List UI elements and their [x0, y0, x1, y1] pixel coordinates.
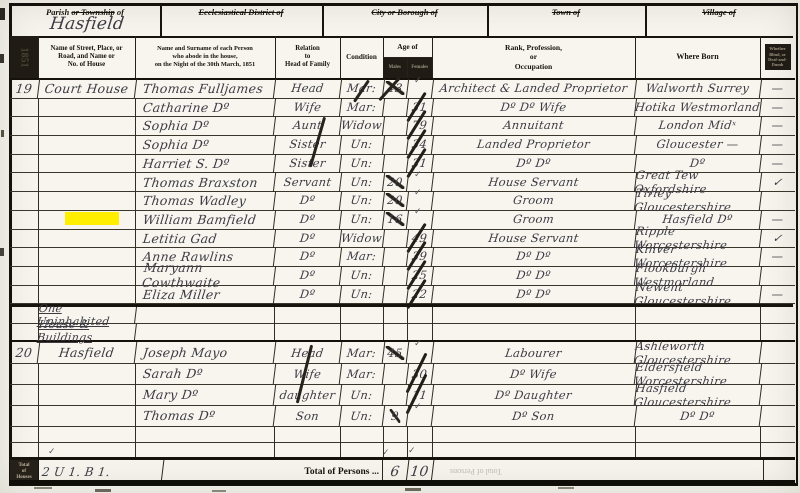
condition-cell [340, 323, 384, 340]
clerk-tick: ✓ [414, 170, 422, 180]
blind-cell: — [759, 210, 796, 229]
occupation-cell: Dº Dº Wife [431, 98, 637, 117]
uninhabited-note-line2: House & Buildings [37, 323, 137, 340]
born-cell [635, 426, 761, 442]
blind-cell [760, 426, 795, 442]
scan-artifact [95, 489, 111, 492]
occupation-cell: Dº Son [431, 405, 638, 426]
clerk-tick: ✓ [414, 76, 422, 86]
name-cell: Catharine Dº [134, 98, 276, 117]
schedule-number [10, 363, 39, 384]
street-cell [38, 173, 136, 192]
ecclesiastical-box: Ecclesiastical District of [160, 4, 324, 38]
condition-column-header: Condition [340, 36, 384, 78]
street-cell: Hasfield [37, 342, 138, 363]
age-male-cell: 9 [388, 409, 401, 423]
clerk-tick: ✓ [414, 339, 422, 349]
schedule-number [10, 98, 39, 117]
empty-row [10, 426, 795, 443]
name-cell: Thomas Braxston [134, 173, 276, 192]
street-cell [38, 285, 136, 304]
born-cell [635, 307, 761, 324]
empty-row: ✓ ✓ ✓ [10, 442, 795, 457]
condition-cell: Mar: [339, 342, 386, 363]
street-cell [38, 363, 136, 384]
condition-cell [340, 442, 384, 457]
occupation-cell: Dº Daughter [431, 384, 638, 405]
parish-box: Parish or Township of Hasfield [10, 4, 162, 38]
where-born-column-header: Where Born [635, 36, 761, 78]
born-cell: Hasfield Gloucestershire [634, 384, 763, 405]
condition-cell: Mar: [339, 98, 385, 117]
blind-cell [759, 342, 797, 363]
age-subheader: Males Females [383, 58, 432, 78]
blind-cell: ✓ [759, 173, 796, 192]
age-male-cell: 45 [385, 346, 406, 360]
city-borough-box: City or Borough of [322, 4, 489, 38]
blind-cell: — [759, 154, 796, 173]
bottom-border-bar [9, 480, 795, 485]
condition-cell: Mar: [339, 363, 386, 384]
village-label: Village of [645, 7, 793, 17]
born-cell: Newent Gloucestershire [634, 285, 762, 304]
occupation-cell: Groom [431, 210, 637, 229]
scan-artifact [34, 487, 52, 489]
condition-cell: Un: [339, 266, 385, 285]
born-cell: London Midˣ [634, 116, 762, 135]
name-cell: William Bamfield [134, 210, 276, 229]
occupation-cell: Architect & Landed Proprietor [431, 79, 637, 98]
street-cell [38, 405, 136, 426]
blind-cell: ✓ [759, 229, 796, 248]
condition-cell: Un: [339, 285, 385, 304]
blind-cell [760, 307, 795, 324]
street-cell: Court House [37, 79, 137, 98]
street-cell [38, 247, 136, 266]
schedule-number [10, 191, 39, 210]
condition-cell [340, 426, 384, 442]
condition-cell: Widow [339, 116, 385, 135]
schedule-number [10, 405, 39, 426]
relation-cell [275, 442, 341, 457]
occupation-cell: Groom [431, 191, 637, 210]
name-cell: Thomas Wadley [134, 191, 276, 210]
schedule-number [10, 285, 39, 304]
relation-cell: Dº [274, 191, 342, 210]
condition-cell [340, 307, 384, 324]
age-column-header: Age of Males Females [383, 36, 433, 78]
name-cell: Mary Dº [134, 384, 277, 405]
occupation-cell: Dº Dº [431, 285, 637, 304]
age-female-cell [407, 323, 433, 340]
schedule-number [10, 247, 39, 266]
blind-cell: — [759, 116, 796, 135]
scan-artifact [212, 490, 226, 492]
relation-cell: Head [274, 79, 342, 98]
schedule-number [10, 135, 39, 154]
schedule-number [10, 210, 39, 229]
street-cell [38, 442, 136, 457]
street-cell [38, 266, 136, 285]
town-label: Town of [487, 7, 645, 17]
condition-cell: Widow [339, 229, 385, 248]
age-female-cell [407, 442, 433, 457]
name-cell [135, 307, 275, 324]
table-row: 19 Court House Thomas Fulljames Head Mar… [10, 79, 795, 99]
condition-cell: Un: [339, 191, 385, 210]
age-female-cell [407, 426, 433, 442]
occupation-cell [432, 442, 636, 457]
age-male-cell [382, 285, 409, 304]
parish-value: Hasfield [49, 14, 126, 34]
city-borough-label: City or Borough of [322, 7, 487, 17]
name-cell: Thomas Dº [134, 405, 277, 426]
blind-cell: — [759, 98, 796, 117]
born-cell: Walworth Surrey [634, 79, 762, 98]
age-male-cell: 20 [385, 194, 406, 208]
name-cell: Letitia Gad [134, 229, 276, 248]
name-cell [135, 426, 275, 442]
table-row: Sophia Dº Sister Un: 34 Landed Proprieto… [10, 135, 795, 155]
occupation-cell: Annuitant [431, 116, 637, 135]
age-male-cell [382, 98, 409, 117]
relation-cell [275, 307, 341, 324]
age-male-cell [383, 307, 408, 324]
age-male-cell [382, 154, 409, 173]
street-column-header: Name of Street, Place, or Road, and Name… [38, 36, 136, 78]
born-cell: Dº Dº [634, 405, 763, 426]
schedule-column-header: 1851 [10, 36, 39, 78]
relation-cell: Dº [274, 285, 342, 304]
occupation-cell [432, 426, 636, 442]
name-cell: Sarah Dº [134, 363, 277, 384]
blind-cell [759, 384, 797, 405]
schedule-number: 20 [9, 342, 41, 363]
schedule-number [10, 323, 39, 340]
age-female-cell [407, 307, 433, 324]
street-cell [38, 210, 136, 229]
schedule-number [10, 442, 39, 457]
occupation-cell: Dº Dº [431, 154, 637, 173]
age-male-cell [382, 229, 409, 248]
relation-cell [275, 426, 341, 442]
occupation-cell: Landed Proprietor [431, 135, 637, 154]
occupation-cell: Dº Wife [431, 363, 638, 384]
females-subheader: Females [408, 58, 432, 78]
schedule-header-marks: 1851 [19, 47, 30, 67]
name-cell [135, 323, 275, 340]
relation-cell: Servant [274, 173, 342, 192]
street-cell [38, 426, 136, 442]
schedule-number [10, 426, 39, 442]
scan-artifact [0, 248, 4, 256]
clerk-tick: ✓ [414, 207, 422, 217]
blind-cell: — [759, 135, 796, 154]
relation-cell: Son [274, 405, 343, 426]
schedule-number [10, 116, 39, 135]
table-row: Thomas Dº Son Un: 9 ✓ Dº Son Dº Dº [10, 405, 795, 427]
condition-cell: Mar: [339, 247, 385, 266]
relation-cell: Dº [274, 247, 342, 266]
age-male-cell [383, 442, 408, 457]
born-cell: Gloucester — [634, 135, 762, 154]
age-male-cell: 20 [385, 175, 406, 189]
born-cell: Tirley Gloucestershire [634, 191, 762, 210]
blind-cell: — [759, 285, 796, 304]
scan-artifact [0, 8, 5, 20]
born-cell [635, 442, 761, 457]
scan-artifact [558, 487, 574, 489]
age-male-cell [383, 323, 408, 340]
blind-cell [759, 266, 796, 285]
condition-cell: Un: [339, 210, 385, 229]
name-cell: Harriet S. Dº [134, 154, 276, 173]
schedule-number [10, 173, 39, 192]
blind-cell: — [759, 247, 796, 266]
table-row: Mary Dº daughter Un: 11 Dº Daughter Hasf… [10, 384, 795, 406]
table-row: Sophia Dº Aunt Widow 79 Annuitant London… [10, 116, 795, 136]
occupation-cell [432, 307, 636, 324]
occupation-cell [432, 323, 636, 340]
street-cell [38, 384, 136, 405]
blind-cell [759, 405, 797, 426]
born-cell: Hotika Westmorland [634, 98, 762, 117]
relation-cell: Dº [274, 229, 342, 248]
table-row: Catharine Dº Wife Mar: 31 Dº Dº Wife Hot… [10, 98, 795, 118]
name-cell [135, 442, 275, 457]
name-cell: Eliza Miller [134, 285, 276, 304]
ink-bleed-text: Total of Persons [450, 467, 502, 476]
schedule-number [10, 266, 39, 285]
age-male-cell [382, 266, 409, 285]
census-sheet-scan: { "header": { "parish_prefix": "Parish "… [0, 0, 800, 493]
condition-cell: Un: [339, 135, 385, 154]
name-cell: Thomas Fulljames [134, 79, 276, 98]
condition-cell: Un: [339, 154, 385, 173]
street-cell [38, 154, 136, 173]
ecclesiastical-label: Ecclesiastical District of [160, 7, 322, 17]
relation-column-header: Relation to Head of Family [275, 36, 341, 78]
condition-cell: Un: [339, 384, 386, 405]
age-male-cell [383, 426, 408, 442]
occupation-cell: House Servant [431, 229, 637, 248]
age-male-cell [382, 135, 409, 154]
occupation-cell: House Servant [431, 173, 637, 192]
town-box: Town of [487, 4, 647, 38]
schedule-number [10, 384, 39, 405]
occupation-cell: Dº Dº [431, 247, 637, 266]
schedule-number: 19 [9, 79, 40, 98]
scan-artifact [1, 130, 4, 137]
clerk-tick: ✓ [414, 402, 422, 412]
street-cell [38, 135, 136, 154]
clerk-tick: ✓ [414, 188, 422, 198]
occupation-cell: Dº Dº [431, 266, 637, 285]
relation-cell [275, 323, 341, 340]
occupation-cell: Labourer [431, 342, 638, 363]
street-cell [38, 116, 136, 135]
blind-cell [760, 323, 795, 340]
scan-artifact [405, 488, 421, 491]
scan-artifact [0, 54, 4, 63]
relation-cell: Sister [274, 154, 342, 173]
relation-cell: Dº [274, 266, 342, 285]
name-cell: Sophia Dº [134, 116, 276, 135]
street-cell [38, 229, 136, 248]
relation-cell: daughter [274, 384, 343, 405]
village-box: Village of [645, 4, 793, 38]
blind-cell [760, 442, 795, 457]
age-of-label-cell: Age of [383, 36, 432, 58]
rank-column-header: Rank, Profession, or Occupation [432, 36, 636, 78]
relation-cell: Sister [274, 135, 342, 154]
relation-cell: Dº [274, 210, 342, 229]
name-cell: Joseph Mayo [134, 342, 277, 363]
age-male-cell: 16 [385, 212, 406, 226]
relation-cell: Wife [274, 363, 343, 384]
schedule-number [10, 229, 39, 248]
condition-cell: Un: [339, 405, 386, 426]
blind-cell [759, 191, 796, 210]
relation-cell: Wife [274, 98, 342, 117]
name-cell: Maryann Cowthwaite [134, 266, 276, 285]
born-cell [635, 323, 761, 340]
condition-cell: Un: [339, 173, 385, 192]
name-cell: Sophia Dº [134, 135, 276, 154]
street-cell [38, 98, 136, 117]
blind-column-header: Whether Blind, or Deaf-and- Dumb [760, 36, 795, 78]
name-column-header: Name and Surname of each Person who abod… [135, 36, 276, 78]
schedule-number [10, 154, 39, 173]
males-subheader: Males [383, 58, 408, 78]
relation-cell: Aunt [274, 116, 342, 135]
table-row: Thomas Wadley Dº Un: 20 ✓ Groom Tirley G… [10, 191, 795, 211]
blind-cell [759, 363, 797, 384]
street-cell [38, 191, 136, 210]
blind-cell: — [759, 79, 796, 98]
schedule-number [10, 307, 39, 324]
